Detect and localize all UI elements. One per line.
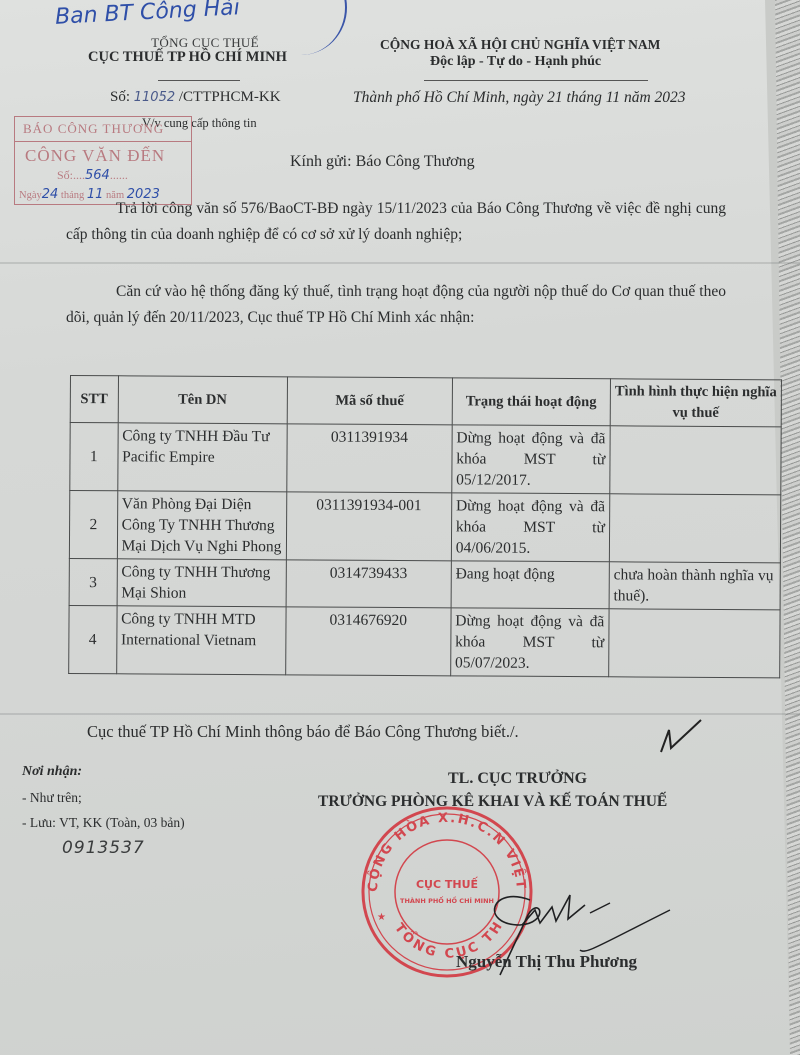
- row-stt: 2: [69, 491, 117, 559]
- row-tax-code: 0311391934: [287, 424, 452, 493]
- recipients-heading: Nơi nhận:: [22, 764, 82, 780]
- row-status: Dừng hoạt động và đã khóa MST từ 05/07/2…: [450, 608, 608, 677]
- row-tax-obligation: [608, 609, 780, 678]
- signer-name: Nguyễn Thị Thu Phương: [456, 952, 637, 972]
- closing-statement: Cục thuế TP Hồ Chí Minh thông báo để Báo…: [87, 722, 519, 742]
- stamp-divider: [15, 141, 191, 142]
- issue-date: Thành phố Hồ Chí Minh, ngày 21 tháng 11 …: [353, 89, 686, 107]
- row-tax-code: 0311391934-001: [286, 492, 451, 561]
- header-tax-obligation: Tình hình thực hiện nghĩa vụ thuế: [610, 379, 781, 427]
- stamp-number: Số:....564......: [57, 168, 128, 183]
- row-tax-code: 0314739433: [286, 560, 451, 608]
- divider: [424, 80, 648, 81]
- table-row: 2Văn Phòng Đại Diện Công Ty TNHH Thương …: [69, 491, 780, 563]
- handwritten-check-icon: [655, 718, 703, 758]
- row-status: Dừng hoạt động và đã khóa MST từ 05/12/2…: [452, 425, 610, 494]
- issuing-agency: CỤC THUẾ TP HỒ CHÍ MINH: [88, 49, 287, 66]
- row-tax-obligation: chưa hoàn thành nghĩa vụ thuế).: [609, 562, 780, 610]
- row-company-name: Văn Phòng Đại Diện Công Ty TNHH Thương M…: [117, 491, 287, 560]
- recipient-item: - Lưu: VT, KK (Toàn, 03 bản): [22, 815, 185, 831]
- row-tax-code: 0314676920: [285, 607, 450, 676]
- stamp-number-value: 564: [85, 168, 110, 183]
- national-title: CỘNG HOÀ XÃ HỘI CHỦ NGHĨA VIỆT NAM: [380, 37, 660, 53]
- doc-number-label: Số:: [110, 89, 130, 105]
- header-company-name: Tên DN: [118, 376, 287, 424]
- document-number: Số: 11052 /CTTPHCM-KK: [110, 89, 281, 106]
- table-row: 3Công ty TNHH Thương Mại Shion0314739433…: [69, 558, 780, 609]
- row-stt: 1: [70, 423, 118, 491]
- row-tax-obligation: [609, 494, 781, 563]
- national-motto: Độc lập - Tự do - Hạnh phúc: [430, 54, 601, 70]
- handwritten-phone-note: 0913537: [62, 838, 145, 858]
- header-stt: STT: [70, 376, 118, 423]
- body-paragraph-1: Trả lời công văn số 576/BaoCT-BĐ ngày 15…: [66, 196, 726, 247]
- table-row: 1Công ty TNHH Đầu Tư Pacific Empire03113…: [70, 423, 781, 495]
- svg-text:★: ★: [377, 912, 386, 923]
- divider: [158, 80, 240, 81]
- table-header-row: STT Tên DN Mã số thuế Trạng thái hoạt độ…: [70, 376, 781, 427]
- table-row: 4Công ty TNHH MTD International Vietnam0…: [69, 605, 780, 677]
- row-tax-obligation: [610, 426, 782, 495]
- row-company-name: Công ty TNHH Thương Mại Shion: [117, 559, 286, 607]
- addressee: Kính gửi: Báo Công Thương: [290, 153, 475, 171]
- paper-fold: [0, 713, 800, 715]
- body-paragraph-2: Căn cứ vào hệ thống đăng ký thuế, tình t…: [66, 279, 726, 330]
- received-stamp: BÁO CÔNG THƯƠNG CÔNG VĂN ĐẾN Số:....564.…: [14, 116, 192, 205]
- company-status-table: STT Tên DN Mã số thuế Trạng thái hoạt độ…: [68, 375, 782, 678]
- header-status: Trạng thái hoạt động: [452, 378, 610, 426]
- recipient-item: - Như trên;: [22, 790, 82, 806]
- row-status: Dừng hoạt động và đã khóa MST từ 04/06/2…: [451, 493, 609, 562]
- row-stt: 3: [69, 558, 117, 605]
- row-company-name: Công ty TNHH MTD International Vietnam: [116, 606, 286, 675]
- row-company-name: Công ty TNHH Đầu Tư Pacific Empire: [117, 423, 287, 492]
- stamp-org: BÁO CÔNG THƯƠNG: [23, 121, 164, 137]
- paper-fold: [0, 262, 800, 264]
- signatory-authority: TL. CỤC TRƯỞNG: [448, 770, 587, 788]
- stamp-title: CÔNG VĂN ĐẾN: [25, 146, 165, 166]
- row-stt: 4: [69, 605, 117, 673]
- header-tax-code: Mã số thuế: [287, 377, 452, 425]
- doc-number-handwritten: 11052: [134, 90, 175, 105]
- row-status: Đang hoạt động: [451, 561, 609, 609]
- doc-number-suffix: /CTTPHCM-KK: [179, 89, 281, 105]
